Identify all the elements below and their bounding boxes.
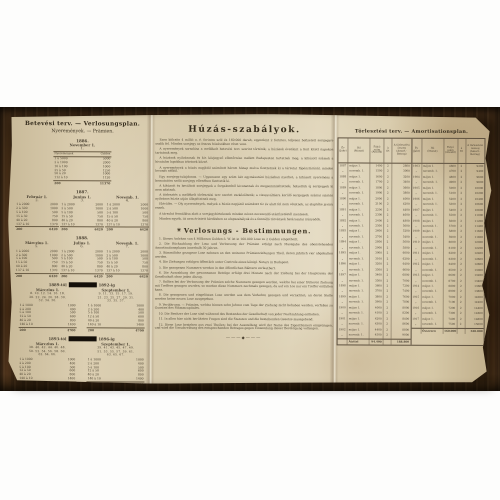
- table-row: „ novemb. 1. 6100 2 12200: [411, 246, 484, 252]
- table-row: 40 à 20800: [15, 219, 59, 223]
- table-row: „ novemb. 1. 2700 2 5400: [338, 234, 411, 240]
- table-row: 5 à 100500: [15, 211, 59, 215]
- table-row: 40 à 20800: [87, 319, 145, 323]
- draw-number: 3.: [60, 199, 104, 203]
- subtotal-row: Átvitel 94.400 188.800: [338, 338, 411, 345]
- header-cell: Év(Jahr): [338, 138, 348, 162]
- draw-date: Szeptember 1.: [83, 288, 149, 292]
- table-row: 12 à 50600: [19, 315, 77, 319]
- amortisation-table-left-half: Év(Jahr) Hó(Monat) Folyó szám(Anzahl) àf…: [338, 138, 411, 344]
- header-cell: Év(Jahr): [412, 139, 422, 163]
- center-column: Húzás-szabályok. Ezen kölcsön 4 millió o…: [155, 124, 334, 341]
- table-row: 12 à 50600: [87, 316, 145, 320]
- prize-table: 1 à 200020002 à 50010005 à 10050015 à 50…: [15, 250, 59, 278]
- table-row: 1888 május 1. 1600 2 3200: [338, 174, 411, 180]
- table-row: 5 à 100500: [60, 211, 104, 215]
- prize-table: 1 à 100010002 à 2004005 à 10050012 à 506…: [87, 304, 145, 332]
- prize-table: Nyeremények Gulden 1 à 50005000 2 à 1000…: [53, 151, 111, 185]
- german-rules: 1. Dieses Anlehen von 4 Millionen Gulden…: [155, 237, 333, 331]
- table-row: 1 à 10001000: [19, 304, 77, 308]
- table-row: 1 à 20002000: [60, 250, 104, 254]
- draw-date: Novemb. 1.: [105, 241, 149, 245]
- table-row: 112 à 101120: [53, 176, 111, 180]
- prize-total: 2006420: [105, 273, 149, 278]
- table-row: 12 à 50600: [18, 369, 76, 373]
- table-row: „ novemb. 1. 3700 2 7400: [338, 289, 411, 295]
- table-row: „ novemb. 1. 7100 2 14200: [411, 300, 484, 306]
- table-row: 137 à 101370: [60, 223, 104, 227]
- table-row: „ novemb. 1. 5700 2 11400: [412, 224, 485, 230]
- table-row: 12 à 50600: [87, 370, 145, 374]
- table-row: 137 à 101370: [15, 223, 59, 227]
- draw-numbers: 9. 11. 13. 15. 17. 19.21. 23. 25. 27. 29…: [83, 292, 149, 303]
- main-title: Húzás-szabályok.: [155, 125, 333, 136]
- rule-paragraph: Minden egyéb, itt nem érintett kérdésben…: [155, 217, 333, 222]
- table-row: 40 à 20800: [15, 265, 59, 269]
- table-row: 1903 május 1. 4600 2 9200: [412, 164, 485, 170]
- table-row: „ novemb. 1. 2900 2 5800: [338, 245, 411, 251]
- paper-shadow: [12, 119, 494, 387]
- table-row: 2 à 200400: [87, 362, 145, 366]
- table-row: 40 à 20800: [60, 265, 104, 269]
- header-cell: Hó(Monat): [422, 139, 444, 163]
- table-row: „ novemb. 1. 3100 2 6200: [338, 256, 411, 262]
- table-row: 1901 május 1. 4200 2 8400: [338, 316, 411, 322]
- table-row: 137 à 101370: [15, 269, 59, 273]
- prize-table: 1 à 200020002 à 50010005 à 10050015 à 50…: [106, 204, 150, 232]
- table-row: „ novemb. 1. 4900 2 9800: [412, 180, 485, 186]
- table-row: 2 à 10002000: [53, 161, 111, 165]
- draw-number: 2.: [15, 199, 59, 203]
- draw-block: Novemb. 1. 4. 1 à 200020002 à 50010005 à…: [106, 195, 150, 232]
- table-row: 2 à 200400: [87, 308, 145, 312]
- table-row: 1 à 10001000: [87, 304, 145, 308]
- draw-number: 6.: [60, 245, 104, 249]
- table-row: 1896 május 1. 3200 2 6400: [338, 262, 411, 268]
- table-row: 1912 május 1. 6400 2 12800: [411, 262, 484, 268]
- prize-table: 1 à 100010002 à 2004005 à 10050012 à 506…: [18, 358, 76, 386]
- prize-table: 1 à 200020002 à 50010005 à 10050015 à 50…: [60, 204, 104, 232]
- draw-date: Novemb. 1.: [106, 195, 150, 199]
- table-row: 5 à 100500: [105, 258, 149, 262]
- table-row: 140 à 101400: [18, 377, 76, 381]
- table-row: „ novemb. 1. 1500 2 3000: [338, 169, 411, 175]
- draw-block: Julius 1. 6. 1 à 200020002 à 50010005 à …: [60, 241, 104, 278]
- table-row: 2 à 5001000: [105, 254, 149, 258]
- table-row: 140 à 101400: [87, 323, 145, 327]
- table-row: 40 à 20800: [106, 219, 150, 223]
- draw-block: Márczius 1. 5. 1 à 200020002 à 50010005 …: [15, 241, 59, 278]
- table-row: „ novemb. 1. 5300 2 10600: [412, 202, 485, 208]
- table-row: 1907 május 1. 5400 2 10800: [412, 207, 485, 213]
- ink-bar: [69, 282, 97, 287]
- table-row: 25 à 501250: [53, 169, 111, 173]
- draw-block: Szeptember 1. 39. 41. 43. 45. 47. 49.51.…: [83, 342, 149, 386]
- table-row: 1917 május 1. 7400 2 14800: [411, 316, 484, 322]
- prize-rows: 1 à 50005000 2 à 10002000 10 à 1001000 2…: [53, 157, 111, 180]
- block-range-1893-1896: 1893-tól 1896-ig Márczius 1. 38. 40. 42.…: [14, 336, 148, 387]
- header-cell: Folyó szám(Anzahl): [370, 139, 384, 163]
- table-row: 1891 május 1. 2200 2 4400: [338, 207, 411, 213]
- rule-paragraph: A törlesztés a mellékelt törlesztési ter…: [155, 194, 333, 202]
- table-row: 5 à 100500: [15, 257, 59, 261]
- draw-date: Márczius 1.: [15, 241, 59, 245]
- table-row: 1904 május 1. 4800 2 9600: [412, 175, 485, 181]
- table-row: 1898 május 1. 3600 2 7200: [338, 283, 411, 289]
- table-row: 1899 május 1. 3800 2 7600: [338, 294, 411, 300]
- table-row: 2 à 5001000: [106, 208, 150, 212]
- table-header: Év(Jahr) Hó(Monat) Folyó szám(Anzahl) àf…: [412, 139, 485, 164]
- table-row: 1915 május 1. 7000 2 14000: [411, 295, 484, 301]
- table-row: „ novemb. 1. 3300 2 6600: [338, 267, 411, 273]
- rule-paragraph: Elévülés. — Oly nyeremények, melyek a hú…: [155, 203, 333, 211]
- table-row: 2 à 5001000: [60, 207, 104, 211]
- col-label: Gulden: [101, 153, 111, 157]
- table-row: „ novemb. 1. 5500 2 11000: [412, 213, 485, 219]
- table-row: 15 à 50750: [105, 262, 149, 266]
- table-row: 15 à 50750: [15, 261, 59, 265]
- table-row: „ novemb. 1. 5100 2 10200: [412, 191, 485, 197]
- table-row: 1909 május 1. 5800 2 11600: [412, 229, 485, 235]
- table-row: 1914 május 1. 6800 2 13600: [411, 284, 484, 290]
- table-row: 1895 május 1. 3000 2 6000: [338, 251, 411, 257]
- draw-date: Márczius 1.: [15, 288, 81, 292]
- draw-number: 5.: [15, 245, 59, 249]
- prize-total: 2006420: [15, 226, 59, 231]
- table-header: Év(Jahr) Hó(Monat) Folyó szám(Anzahl) àf…: [338, 138, 411, 163]
- table-row: 1916 május 1. 7200 2 14400: [411, 305, 484, 311]
- table-row: „ novemb. 1. 6500 2 13000: [411, 267, 484, 273]
- rule-paragraph: 9. Verjährung. — Prämien, welche binnen …: [155, 303, 333, 311]
- rule-paragraph: Egy sorsjegy-tulajdonos. — Ugyanazon egy…: [155, 175, 333, 183]
- total-row: Összesen 160.000 320.000: [411, 327, 484, 334]
- asterisk-ornament-icon: ✳: [177, 227, 182, 233]
- table-row: „ novemb. 1. 5900 2 11800: [412, 235, 485, 241]
- table-row: 2 à 5001000: [15, 207, 59, 211]
- header-cell: àfrt: [384, 139, 392, 163]
- draw-block: Novemb. 1. 7. 1 à 200020002 à 50010005 à…: [105, 241, 149, 278]
- year-label: 1887.: [15, 189, 149, 195]
- table-row: 40 à 20800: [19, 319, 77, 323]
- hungarian-rules: Ezen kölcsön 4 millió o. é. forintra szó…: [155, 139, 333, 222]
- german-section-title: ✳Verlosungs - Bestimmungen.: [155, 226, 333, 235]
- table-row: 2 à 200400: [19, 308, 77, 312]
- table-row: „ novemb. 1. 6700 2 13400: [411, 278, 484, 284]
- prize-table: 1 à 100010002 à 2004005 à 10050012 à 506…: [87, 358, 145, 386]
- prize-table: 1 à 200020002 à 50010005 à 10050015 à 50…: [105, 250, 149, 278]
- table-row: 140 à 101400: [18, 323, 76, 327]
- table-row: 1892 május 1. 2400 2 4800: [338, 218, 411, 224]
- rule-paragraph: A társulat fennállása alatt a sorsjegybi…: [155, 212, 333, 217]
- prize-total: 200 11370: [53, 180, 111, 185]
- table-row: „ novemb. 1. 1900 2 3800: [338, 191, 411, 197]
- rule-paragraph: 8. Die gezogenen und eingelösten Lose we…: [155, 294, 333, 302]
- table-row: 1911 május 1. 6200 2 12400: [411, 251, 484, 257]
- table-row: 40 à 20800: [60, 219, 104, 223]
- table-row: 1900 május 1. 4000 2 8000: [338, 305, 411, 311]
- table-row: 15 à 50750: [60, 215, 104, 219]
- prize-total: 2006420: [60, 227, 104, 232]
- rule-paragraph: 4. Die Ziehungen erfolgen öffentlich unt…: [155, 261, 333, 266]
- table-row: 5 à 100500: [18, 366, 76, 370]
- table-row: 1894 május 1. 2800 2 5600: [338, 240, 411, 246]
- rule-paragraph: 5. Die gezogenen Nummern werden in den ö…: [155, 266, 333, 271]
- left-title: Betevési terv. — Verlosungsplan.: [16, 121, 150, 128]
- table-row: 1913 május 1. 6600 2 13200: [411, 273, 484, 279]
- amortisation-table: Év(Jahr) Hó(Monat) Folyó szám(Anzahl) àf…: [337, 137, 486, 346]
- draw-date: Márczius 1.: [15, 342, 81, 346]
- table-row: 5 à 100500: [60, 258, 104, 262]
- table-row: 5 à 100500: [19, 311, 77, 315]
- right-column: Törlesztési terv. — Amortisationsplan. É…: [337, 128, 486, 346]
- table-row: „ novemb. 1. 6900 2 13800: [411, 289, 484, 295]
- left-grand-total: Összesen 98.400: [14, 389, 148, 394]
- range-header: 1889-től 1892-ig: [15, 282, 149, 288]
- table-body: 1887 május 1. 1400 2 2800 „ novemb. 1. 1…: [338, 163, 411, 338]
- table-row: 15 à 50750: [106, 215, 150, 219]
- table-row: 5 à 100500: [106, 211, 150, 215]
- prize-table: 1 à 200020002 à 50010005 à 10050015 à 50…: [15, 203, 59, 231]
- draw-date: November 1.: [15, 142, 149, 147]
- prize-total: 2004700: [87, 381, 145, 386]
- end-divider-ornament-icon: ———◆———: [155, 335, 333, 341]
- table-row: 2 à 5001000: [60, 254, 104, 258]
- draw-number: 1.: [15, 146, 149, 150]
- table-row: 40 à 20800: [18, 373, 76, 377]
- col-label: Nyeremények: [54, 152, 73, 156]
- table-row: „ novemb. 1. 7500 2 15000: [411, 322, 484, 328]
- amortisation-table-right-half: Év(Jahr) Hó(Monat) Folyó szám(Anzahl) àf…: [410, 139, 484, 345]
- table-row: 1905 május 1. 5000 2 10000: [412, 186, 485, 192]
- table-row: 137 à 101370: [60, 269, 104, 273]
- fold-crease-left: [145, 114, 155, 384]
- year-label: 1888.: [15, 235, 149, 241]
- draw-block: Szeptember 1. 9. 11. 13. 15. 17. 19.21. …: [83, 288, 149, 332]
- header-cell: àfrt: [458, 139, 466, 163]
- table-row: 1 à 10001000: [87, 358, 145, 362]
- draw-date: Szeptember 1.: [83, 342, 149, 346]
- rule-paragraph: 3. Sämmtliche gezogene Lose nehmen an de…: [155, 252, 333, 260]
- table-row: 1890 május 1. 2000 2 4000: [338, 196, 411, 202]
- table-row: 1887 május 1. 1400 2 2800: [338, 163, 411, 169]
- left-subtitle: Nyeremények. — Prämien.: [15, 129, 149, 135]
- draw-date: Junius 1.: [60, 195, 104, 199]
- range-header: 1893-tól 1896-ig: [15, 336, 149, 342]
- table-body: 1903 május 1. 4600 2 9200 „ novemb. 1. 4…: [411, 164, 484, 328]
- draw-date: Február 1.: [15, 195, 59, 199]
- ink-bar: [68, 336, 96, 341]
- table-row: 137 à 101370: [106, 223, 150, 227]
- draw-date: Julius 1.: [60, 241, 104, 245]
- table-row: „ novemb. 1. 3900 2 7800: [338, 300, 411, 306]
- table-row: 1902 május 1. 4400 2 8800: [338, 327, 411, 333]
- table-row: 2 à 200400: [18, 362, 76, 366]
- draw-block: Junius 1. 3. 1 à 200020002 à 50010005 à …: [60, 195, 104, 232]
- draw-numbers: 38. 40. 42. 44. 46. 48.50. 52. 54. 56. 5…: [15, 346, 81, 357]
- prize-total: 2006420: [60, 273, 104, 278]
- table-row: 1906 május 1. 5200 2 10400: [412, 196, 485, 202]
- amortisation-title: Törlesztési terv. — Amortisationsplan.: [338, 128, 486, 135]
- header-cell: A törlesztési összeg(Amort.-Betrag): [392, 139, 411, 163]
- rule-paragraph: 6. Die Auszahlung der gewonnenen Beträge…: [155, 272, 333, 280]
- prize-table: 1 à 100010002 à 2004005 à 10050012 à 506…: [18, 304, 76, 332]
- rule-paragraph: 10. Die Besitzer der Lose sind während d…: [155, 312, 333, 317]
- rule-paragraph: 12. Diese Lose bestehen aus zwei Theilen…: [155, 323, 333, 331]
- table-row: 1 à 20002000: [105, 250, 149, 254]
- rule-paragraph: A nyeremények a húzás napjától számított…: [155, 166, 333, 174]
- table-row: 5 à 100500: [87, 312, 145, 316]
- table-row: „ novemb. 1. 2500 2 5000: [338, 223, 411, 229]
- table-row: „ novemb. 1. 4500 2 9000: [338, 332, 411, 338]
- table-row: 140 à 101400: [87, 377, 145, 381]
- block-range-1889-1892: 1889-től 1892-ig Márczius 1. 8. 10. 12. …: [15, 282, 149, 333]
- table-row: 2 à 5001000: [15, 254, 59, 258]
- rule-paragraph: 1. Dieses Anlehen von 4 Millionen Gulden…: [155, 237, 333, 242]
- year-label: 1886.: [15, 137, 149, 143]
- table-row: 1893 május 1. 2600 2 5200: [338, 229, 411, 235]
- table-row: 1897 május 1. 3400 2 6800: [338, 272, 411, 278]
- draw-numbers: 8. 10. 12. 14. 16. 18.20. 22. 24. 26. 28…: [15, 292, 81, 303]
- draw-number: 7.: [105, 245, 149, 249]
- photograph-background: Betevési terv. — Verlosungsplan. Nyeremé…: [0, 107, 500, 391]
- table-row: 40 à 20800: [105, 265, 149, 269]
- table-row: 15 à 50750: [60, 261, 104, 265]
- block-1888: 1888. Márczius 1. 5. 1 à 200020002 à 500…: [15, 235, 149, 278]
- rule-paragraph: Ezen kölcsön 4 millió o. é. forintra szó…: [155, 139, 333, 147]
- block-1886: 1886. November 1. 1. Nyeremények Gulden …: [15, 137, 149, 185]
- draw-number: 4.: [106, 199, 150, 203]
- table-row: 137 à 101370: [105, 269, 149, 273]
- header-cell: Hó(Monat): [348, 138, 370, 162]
- rule-paragraph: 2. Die Rückzahlung der Lose und Verloosu…: [155, 243, 333, 251]
- page: Betevési terv. — Verlosungsplan. Nyeremé…: [0, 0, 500, 500]
- header-cell: Folyó szám(Anzahl): [444, 139, 458, 163]
- table-row: 1908 május 1. 5600 2 11200: [412, 218, 485, 224]
- table-row: „ novemb. 1. 7300 2 14600: [411, 311, 484, 317]
- table-row: 10 à 1001000: [53, 165, 111, 169]
- left-column: Betevési terv. — Verlosungsplan. Nyeremé…: [14, 121, 149, 394]
- table-row: „ novemb. 1. 4100 2 8200: [338, 311, 411, 317]
- table-row: 1 à 20002000: [106, 204, 150, 208]
- table-row: „ novemb. 1. 3500 2 7000: [338, 278, 411, 284]
- rule-paragraph: A húzások nyilvánosak és kir. közjegyző …: [155, 157, 333, 165]
- rule-paragraph: A nyeremények sorsolása a mellékelt bete…: [155, 148, 333, 156]
- draw-numbers: 39. 41. 43. 45. 47. 49.51. 53. 55. 57. 5…: [83, 346, 149, 357]
- rule-paragraph: A kihúzott és beváltott sorsjegyek a for…: [155, 185, 333, 193]
- document-paper: Betevési terv. — Verlosungsplan. Nyeremé…: [7, 113, 492, 385]
- prize-total: 2004700: [18, 381, 76, 386]
- table-row: „ novemb. 1. 6300 2 12600: [411, 256, 484, 262]
- header-cell: A törlesztési összeg(Amort.-Betrag): [466, 139, 485, 163]
- prize-total: 2004700: [87, 327, 145, 332]
- table-row: 5 à 100500: [87, 366, 145, 370]
- draw-block: Márczius 1. 8. 10. 12. 14. 16. 18.20. 22…: [15, 288, 81, 332]
- table-row: „ novemb. 1. 2100 2 4200: [338, 202, 411, 208]
- table-row: 1 à 20002000: [15, 203, 59, 207]
- table-row: 50 à 201000: [53, 172, 111, 176]
- prize-table: 1 à 200020002 à 50010005 à 10050015 à 50…: [60, 250, 104, 278]
- table-row: 15 à 50750: [15, 215, 59, 219]
- rule-paragraph: 7. Sollten bei der Verloosung der Prämie…: [155, 281, 333, 293]
- table-row: 1889 május 1. 1800 2 3600: [338, 185, 411, 191]
- fold-crease-right: [329, 114, 339, 384]
- prize-total: 2004700: [18, 327, 76, 332]
- table-row: „ novemb. 1. 4300 2 8600: [338, 322, 411, 328]
- table-row: „ novemb. 1. 2300 2 4600: [338, 212, 411, 218]
- table-row: 1 à 20002000: [60, 204, 104, 208]
- prize-total: 2006420: [15, 273, 59, 278]
- prize-table-header: Nyeremények Gulden: [53, 151, 111, 157]
- draw-block: Február 1. 2. 1 à 200020002 à 50010005 à…: [15, 195, 59, 232]
- table-row: 1 à 50005000: [53, 157, 111, 161]
- draw-block: Márczius 1. 38. 40. 42. 44. 46. 48.50. 5…: [14, 342, 80, 386]
- table-row: 1 à 20002000: [15, 250, 59, 254]
- table-row: 40 à 20800: [87, 373, 145, 377]
- table-row: 1 à 10001000: [18, 358, 76, 362]
- prize-total: 2006420: [106, 227, 150, 232]
- rule-paragraph: 11. In allen hier nicht berührten Fragen…: [155, 318, 333, 323]
- block-1887: 1887. Február 1. 2. 1 à 200020002 à 5001…: [15, 189, 149, 232]
- table-row: „ novemb. 1. 4700 2 9400: [412, 169, 485, 175]
- table-row: 1910 május 1. 6000 2 12000: [412, 240, 485, 246]
- table-row: „ novemb. 1. 1700 2 3400: [338, 180, 411, 186]
